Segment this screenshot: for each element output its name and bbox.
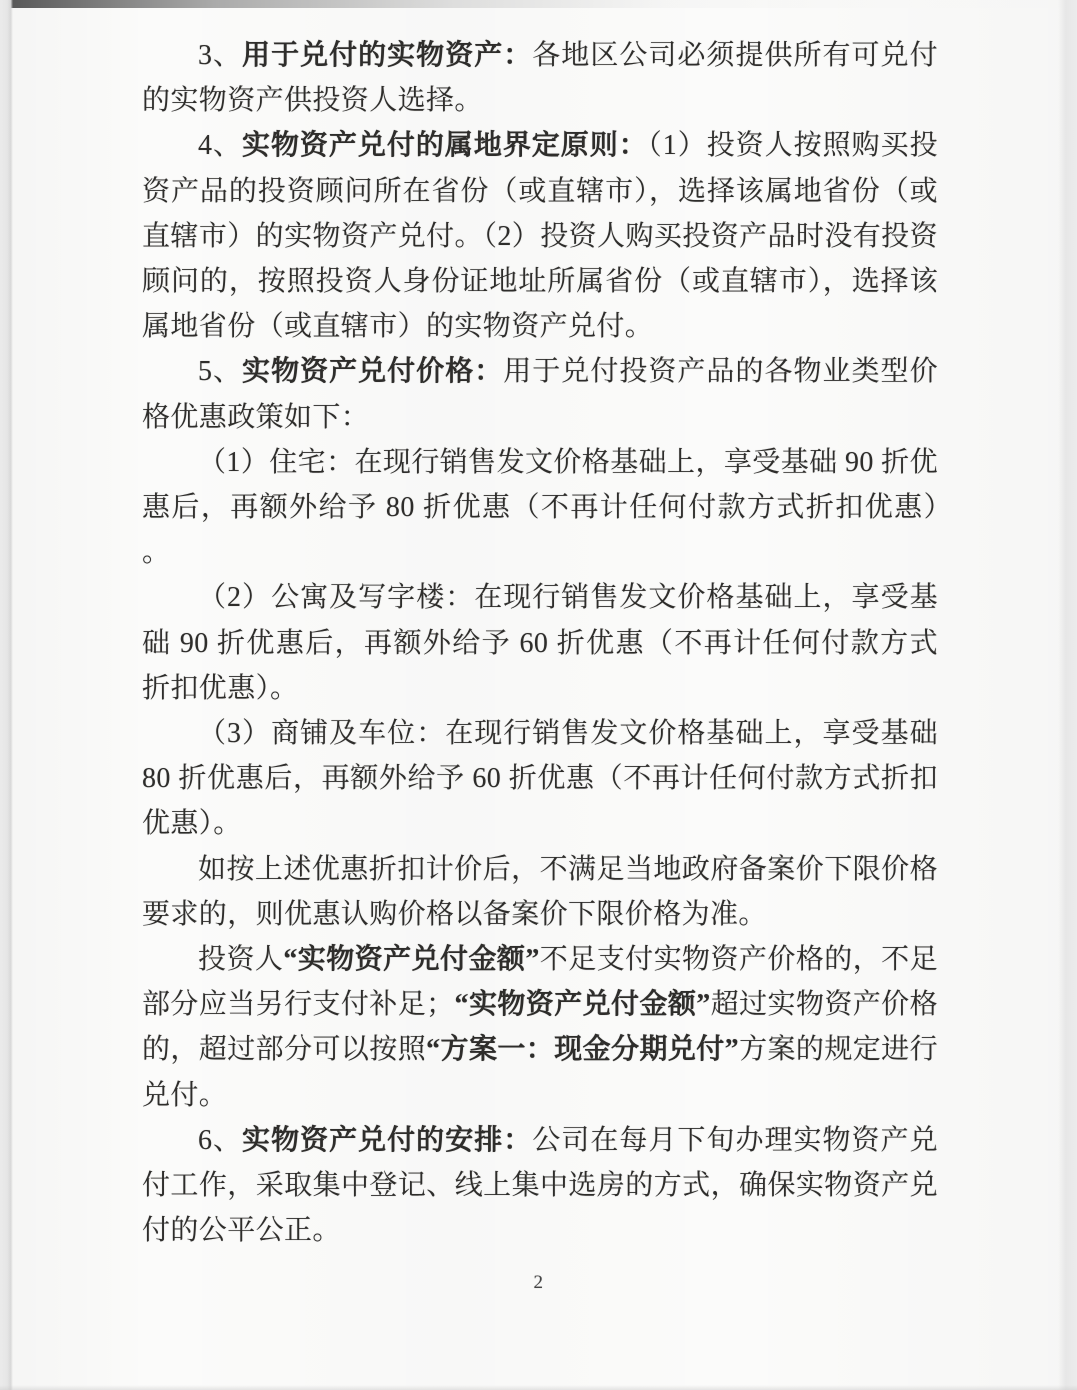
body-text: 如按上述优惠折扣计价后，不满足当地政府备案价下限价格要求的，则优惠认购价格以备案… — [142, 854, 938, 930]
paragraph: 5、实物资产兑付价格：用于兑付投资产品的各物业类型价格优惠政策如下： — [142, 349, 938, 439]
body-text: （1）投资人按照购买投资产品的投资顾问所在省份（或直辖市），选择该属地省份（或直… — [142, 130, 938, 342]
emphasis-text: “方案一：现金分期兑付” — [426, 1034, 739, 1065]
page-number: 2 — [0, 1272, 1077, 1294]
emphasis-text: 实物资产兑付价格： — [242, 356, 503, 387]
body-text: （3）商铺及车位：在现行销售发文价格基础上，享受基础 80 折优惠后，再额外给予… — [142, 718, 938, 839]
paragraph: （2）公寓及写字楼：在现行销售发文价格基础上，享受基础 90 折优惠后，再额外给… — [142, 575, 938, 711]
scan-shadow-top — [0, 0, 1077, 8]
emphasis-text: “实物资产兑付金额” — [283, 944, 539, 975]
scan-shadow-bottom — [0, 1385, 1077, 1390]
body-text: 4、 — [198, 130, 242, 161]
document-page: 3、用于兑付的实物资产：各地区公司必须提供所有可兑付的实物资产供投资人选择。4、… — [0, 0, 1077, 1390]
paragraph: 4、实物资产兑付的属地界定原则：（1）投资人按照购买投资产品的投资顾问所在省份（… — [142, 123, 938, 349]
paragraph: （1）住宅：在现行销售发文价格基础上，享受基础 90 折优惠后，再额外给予 80… — [142, 440, 938, 576]
emphasis-text: “实物资产兑付金额” — [455, 989, 711, 1020]
document-body: 3、用于兑付的实物资产：各地区公司必须提供所有可兑付的实物资产供投资人选择。4、… — [142, 33, 938, 1253]
paragraph: （3）商铺及车位：在现行销售发文价格基础上，享受基础 80 折优惠后，再额外给予… — [142, 711, 938, 847]
emphasis-text: 用于兑付的实物资产： — [242, 40, 532, 71]
scan-shadow-right — [1058, 0, 1077, 1390]
emphasis-text: 实物资产兑付的安排： — [242, 1125, 532, 1156]
body-text: 3、 — [198, 40, 242, 71]
paragraph: 3、用于兑付的实物资产：各地区公司必须提供所有可兑付的实物资产供投资人选择。 — [142, 33, 938, 123]
emphasis-text: 实物资产兑付的属地界定原则： — [242, 130, 648, 161]
scan-shadow-left — [0, 0, 13, 1390]
body-text: （2）公寓及写字楼：在现行销售发文价格基础上，享受基础 90 折优惠后，再额外给… — [142, 582, 938, 703]
paragraph: 投资人“实物资产兑付金额”不足支付实物资产价格的，不足部分应当另行支付补足；“实… — [142, 937, 938, 1118]
body-text: （1）住宅：在现行销售发文价格基础上，享受基础 90 折优惠后，再额外给予 80… — [142, 447, 938, 568]
paragraph: 6、实物资产兑付的安排：公司在每月下旬办理实物资产兑付工作，采取集中登记、线上集… — [142, 1118, 938, 1254]
body-text: 5、 — [198, 356, 242, 387]
paragraph: 如按上述优惠折扣计价后，不满足当地政府备案价下限价格要求的，则优惠认购价格以备案… — [142, 847, 938, 937]
body-text: 投资人 — [198, 944, 283, 975]
body-text: 6、 — [198, 1125, 242, 1156]
